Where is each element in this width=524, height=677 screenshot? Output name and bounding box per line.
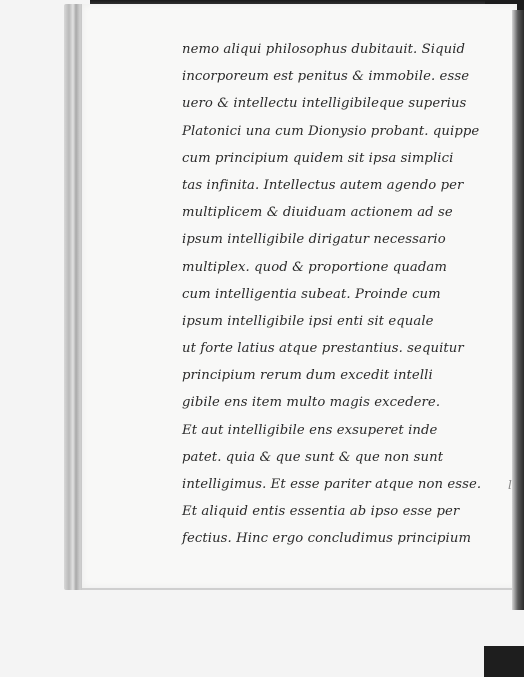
text-line: nemo aliqui philosophus dubitauit. Siqui…	[182, 36, 482, 63]
text-line: principium rerum dum excedit intelli	[182, 362, 482, 389]
text-line: tas infinita. Intellectus autem agendo p…	[182, 172, 482, 199]
scan-bottom-shadow	[484, 646, 524, 677]
text-line: ipsum intelligibile dirigatur necessario	[182, 226, 482, 253]
text-line: ut forte latius atque prestantius. sequi…	[182, 335, 482, 362]
text-line: gibile ens item multo magis excedere.	[182, 389, 482, 416]
text-line: cum intelligentia subeat. Proinde cum	[182, 281, 482, 308]
text-line: incorporeum est penitus & immobile. esse	[182, 63, 482, 90]
margin-note: l	[508, 478, 512, 492]
text-line: cum principium quidem sit ipsa simplici	[182, 145, 482, 172]
text-line: ipsum intelligibile ipsi enti sit equale	[182, 308, 482, 335]
text-line: Et aliquid entis essentia ab ipso esse p…	[182, 498, 482, 525]
page-right-edge	[512, 10, 524, 610]
text-line: uero & intellectu intelligibileque super…	[182, 90, 482, 117]
text-line: multiplex. quod & proportione quadam	[182, 254, 482, 281]
text-line: intelligimus. Et esse pariter atque non …	[182, 471, 482, 498]
text-line: multiplicem & diuiduam actionem ad se	[182, 199, 482, 226]
manuscript-text: nemo aliqui philosophus dubitauit. Siqui…	[182, 36, 482, 553]
text-line: fectius. Hinc ergo concludimus principiu…	[182, 525, 482, 552]
book-spine-edge	[64, 4, 84, 590]
text-line: Platonici una cum Dionysio probant. quip…	[182, 118, 482, 145]
text-line: Et aut intelligibile ens exsuperet inde	[182, 417, 482, 444]
text-line: patet. quia & que sunt & que non sunt	[182, 444, 482, 471]
